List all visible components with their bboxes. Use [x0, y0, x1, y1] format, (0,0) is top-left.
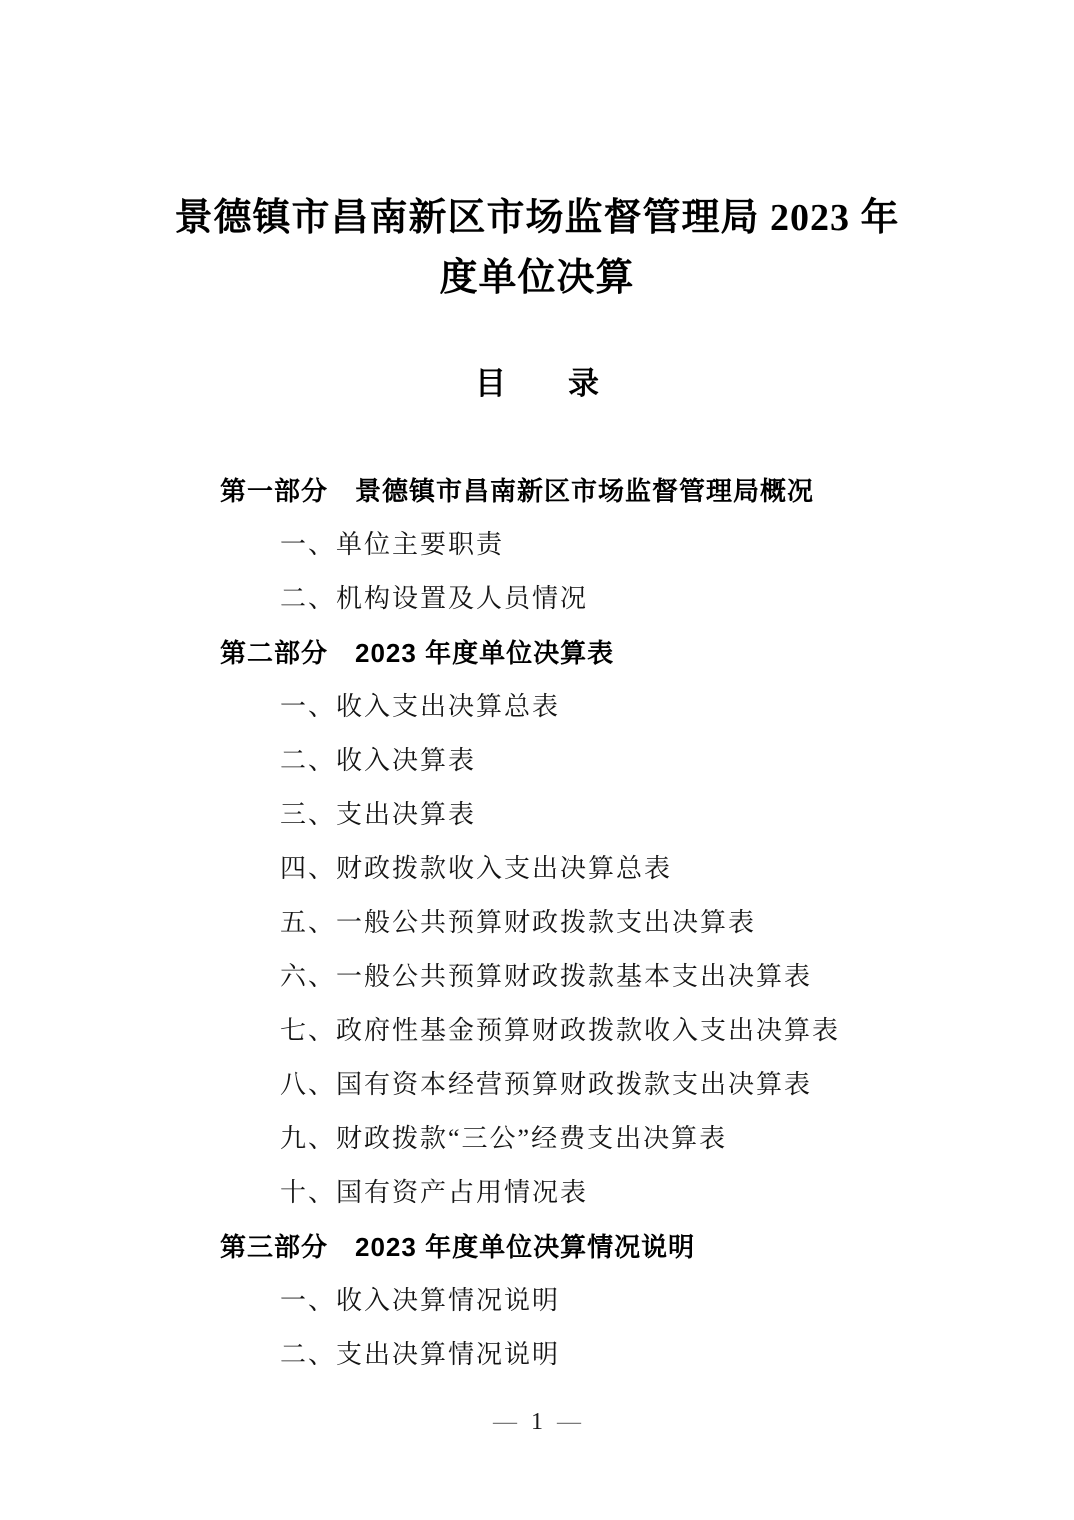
footer-right-dash: —	[557, 1409, 581, 1435]
toc-item: 二、支出决算情况说明	[220, 1328, 1014, 1382]
toc-section-heading-part2: 第二部分 2023 年度单位决算表	[220, 626, 1014, 680]
toc-item: 十、国有资产占用情况表	[220, 1166, 1014, 1220]
document-page: 景德镇市昌南新区市场监督管理局 2023 年 度单位决算 目 录 第一部分 景德…	[0, 0, 1074, 1520]
toc-item: 九、财政拨款“三公”经费支出决算表	[220, 1112, 1014, 1166]
page-footer: —1—	[0, 1406, 1074, 1438]
toc-section-heading-part1: 第一部分 景德镇市昌南新区市场监督管理局概况	[220, 464, 1014, 518]
toc-item: 三、支出决算表	[220, 788, 1014, 842]
document-title: 景德镇市昌南新区市场监督管理局 2023 年 度单位决算	[80, 0, 994, 308]
document-title-line2: 度单位决算	[439, 257, 634, 299]
toc-item: 一、单位主要职责	[220, 518, 1014, 572]
page-number: 1	[531, 1409, 543, 1435]
toc-item: 二、收入决算表	[220, 734, 1014, 788]
toc-item: 七、政府性基金预算财政拨款收入支出决算表	[220, 1004, 1014, 1058]
toc-item: 一、收入支出决算总表	[220, 680, 1014, 734]
footer-left-dash: —	[493, 1409, 517, 1435]
toc-item: 八、国有资本经营预算财政拨款支出决算表	[220, 1058, 1014, 1112]
toc-item: 四、财政拨款收入支出决算总表	[220, 842, 1014, 896]
toc-heading: 目 录	[0, 362, 1074, 406]
toc-item: 五、一般公共预算财政拨款支出决算表	[220, 896, 1014, 950]
toc-item: 一、收入决算情况说明	[220, 1274, 1014, 1328]
document-title-line1: 景德镇市昌南新区市场监督管理局 2023 年	[174, 197, 899, 239]
toc-item: 六、一般公共预算财政拨款基本支出决算表	[220, 950, 1014, 1004]
table-of-contents: 第一部分 景德镇市昌南新区市场监督管理局概况 一、单位主要职责 二、机构设置及人…	[0, 464, 1074, 1382]
toc-section-heading-part3: 第三部分 2023 年度单位决算情况说明	[220, 1220, 1014, 1274]
toc-item: 二、机构设置及人员情况	[220, 572, 1014, 626]
